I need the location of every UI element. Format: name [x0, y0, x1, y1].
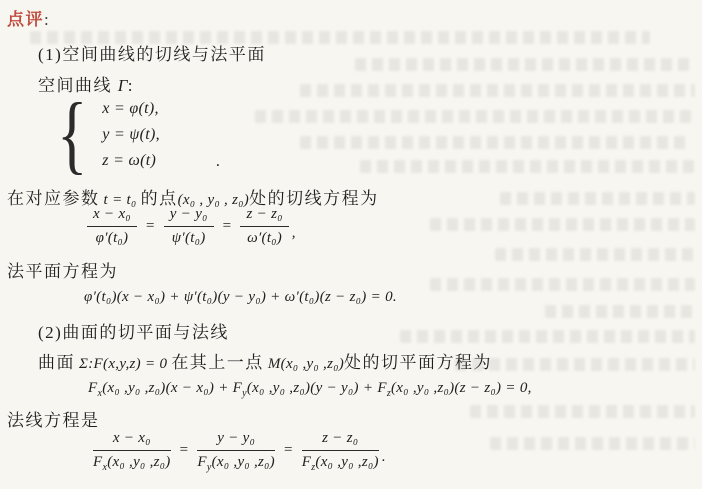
fraction-y: y − y₀ Fy(x₀ ,y₀ ,z₀): [197, 430, 275, 471]
fraction-x-denominator: φ′(t₀): [87, 227, 137, 247]
system-period: .: [216, 153, 220, 175]
fraction-z: z − z₀ ω′(t₀): [240, 206, 288, 247]
left-brace: {: [57, 95, 87, 175]
fraction-z-numerator: z − z₀: [302, 430, 379, 451]
fraction-x-numerator: x − x₀: [93, 430, 171, 451]
bleed-through-texture: [300, 84, 695, 97]
surface-intro-text-1: 曲面: [38, 353, 75, 372]
normal-plane-intro: 法平面方程为: [7, 257, 118, 282]
tangent-intro-text-1: 在对应参数: [7, 189, 100, 208]
equation-z: z = ω(t): [102, 148, 160, 174]
bleed-through-texture: [495, 248, 695, 261]
equation-y: y = ψ(t),: [102, 122, 160, 148]
equation-period: .: [382, 449, 386, 466]
fraction-x: x − x₀ Fx(x₀ ,y₀ ,z₀): [93, 430, 171, 471]
normal-line-intro: 法线方程是: [7, 406, 100, 431]
fraction-z: z − z₀ Fz(x₀ ,y₀ ,z₀): [302, 430, 379, 471]
Fy-term-base: F: [233, 380, 242, 396]
section1-heading: (1)空间曲线的切线与法平面: [38, 40, 266, 65]
bleed-through-texture: [430, 278, 695, 291]
fraction-z-denominator: ω′(t₀): [240, 227, 288, 247]
bleed-through-texture: [355, 58, 695, 71]
fraction-x: x − x₀ φ′(t₀): [87, 206, 137, 247]
Fx-args: (x₀ ,y₀ ,z₀): [107, 454, 170, 470]
fraction-y-numerator: y − y₀: [197, 430, 275, 451]
comment-label-colon: :: [44, 10, 50, 29]
surface-point: M(x₀ ,y₀ ,z₀): [264, 356, 344, 372]
fraction-x-denominator: Fx(x₀ ,y₀ ,z₀): [93, 451, 171, 471]
scanned-textbook-page: 点评: (1)空间曲线的切线与法平面 空间曲线 Γ: { x = φ(t), y…: [0, 0, 702, 489]
parametric-system: { x = φ(t), y = ψ(t), z = ω(t) .: [57, 95, 220, 175]
equation-x: x = φ(t),: [102, 96, 160, 122]
Fz-args: (x₀ ,y₀ ,z₀): [315, 454, 378, 470]
surface-intro-text-2: 在其上一点: [171, 353, 264, 372]
tangent-plane-equation: Fx(x₀ ,y₀ ,z₀)(x − x₀) + Fy(x₀ ,y₀ ,z₀)(…: [88, 380, 532, 397]
equals-sign: =: [284, 442, 293, 459]
normal-plane-equation: φ′(t₀)(x − x₀) + ψ′(t₀)(y − y₀) + ω′(t₀)…: [84, 289, 397, 306]
bleed-through-texture: [430, 218, 695, 231]
bleed-through-texture: [360, 160, 695, 173]
bleed-through-texture: [545, 305, 695, 318]
surface-intro-text-3: 处的切平面方程为: [344, 353, 492, 372]
equals-sign: =: [146, 218, 155, 235]
Fz-base: F: [302, 454, 311, 470]
fraction-x-numerator: x − x₀: [87, 206, 137, 227]
equals-sign: =: [223, 218, 232, 235]
curve-intro-colon: :: [128, 76, 134, 95]
bleed-through-texture: [490, 437, 695, 450]
fraction-y-denominator: ψ′(t₀): [164, 227, 214, 247]
comment-label-text: 点评: [7, 10, 44, 29]
fraction-y-numerator: y − y₀: [164, 206, 214, 227]
curve-gamma-symbol: Γ: [118, 76, 128, 95]
bleed-through-texture: [500, 192, 695, 205]
fraction-y-denominator: Fy(x₀ ,y₀ ,z₀): [197, 451, 275, 471]
Fx-term-rest: (x₀ ,y₀ ,z₀)(x − x₀) +: [102, 380, 232, 396]
surface-intro: 曲面 Σ:F(x,y,z) = 0 在其上一点 M(x₀ ,y₀ ,z₀)处的切…: [38, 348, 492, 373]
Fy-term-rest: (x₀ ,y₀ ,z₀)(y − y₀) +: [247, 380, 377, 396]
section2-heading: (2)曲面的切平面与法线: [38, 318, 229, 343]
comment-label: 点评:: [7, 5, 50, 30]
normal-line-equation: x − x₀ Fx(x₀ ,y₀ ,z₀) = y − y₀ Fy(x₀ ,y₀…: [93, 430, 386, 471]
equation-comma: ,: [292, 225, 296, 242]
bleed-through-texture: [400, 330, 695, 343]
equals-sign: =: [180, 442, 189, 459]
tangent-line-equation: x − x₀ φ′(t₀) = y − y₀ ψ′(t₀) = z − z₀ ω…: [87, 206, 296, 247]
bleed-through-texture: [300, 136, 690, 149]
fraction-z-numerator: z − z₀: [240, 206, 288, 227]
Fy-args: (x₀ ,y₀ ,z₀): [212, 454, 275, 470]
bleed-through-texture: [255, 110, 695, 123]
Fz-term-base: F: [377, 380, 386, 396]
Fz-term-rest: (x₀ ,y₀ ,z₀)(z − z₀) = 0,: [391, 380, 532, 396]
fraction-z-denominator: Fz(x₀ ,y₀ ,z₀): [302, 451, 379, 471]
surface-definition: Σ:F(x,y,z) = 0: [75, 356, 171, 372]
system-equations: x = φ(t), y = ψ(t), z = ω(t): [102, 96, 160, 174]
fraction-y: y − y₀ ψ′(t₀): [164, 206, 214, 247]
bleed-through-texture: [470, 405, 695, 418]
Fy-base: F: [197, 454, 206, 470]
